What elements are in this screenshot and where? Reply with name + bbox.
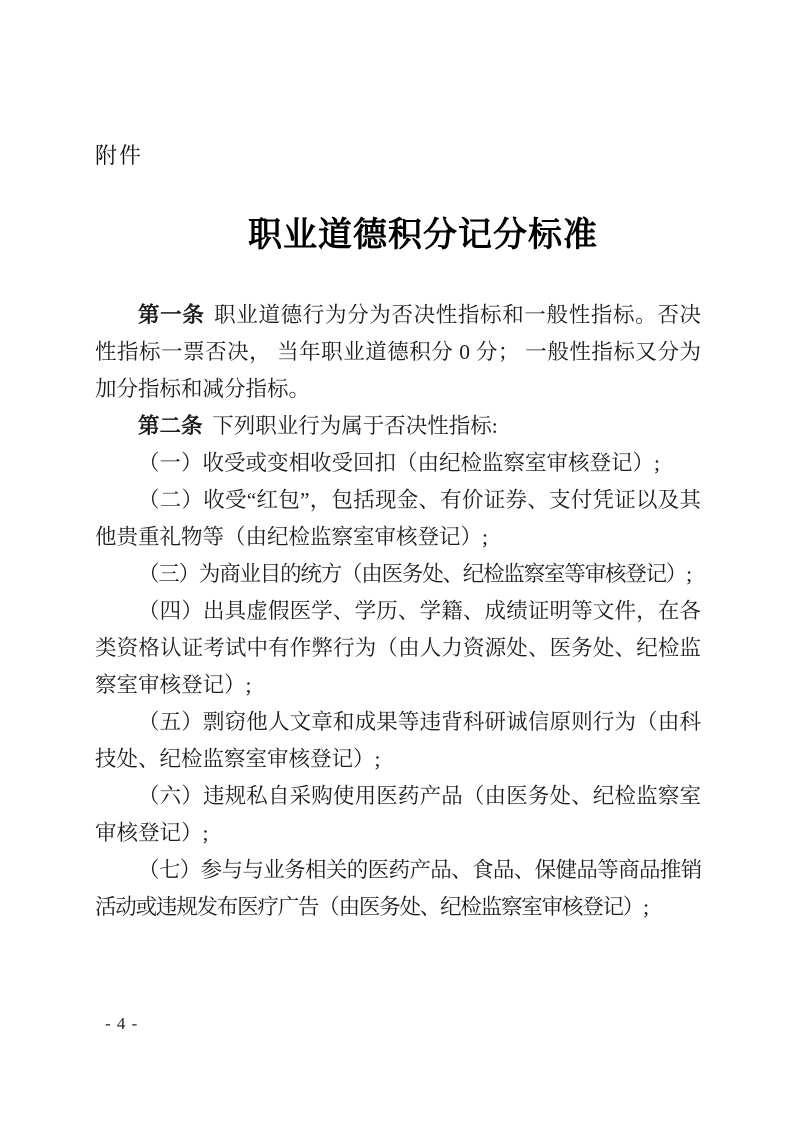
paragraph-text: （五）剽窃他人文章和成果等违背科研诚信原则行为（由科技处、纪检监察室审核登记）; — [95, 710, 701, 771]
paragraph-text: 下列职业行为属于否决性指标: — [212, 414, 497, 438]
paragraph-text: （三）为商业目的统方（由医务处、纪检监察室等审核登记）; — [138, 562, 691, 586]
paragraph-lead: 第一条 — [138, 303, 204, 327]
document-title: 职业道德积分记分标准 — [95, 215, 701, 257]
paragraph-item-4: （四）出具虚假医学、学历、学籍、成绩证明等文件，在各类资格认证考试中有作弊行为（… — [95, 593, 701, 704]
paragraph-item-6: （六）违规私自采购使用医药产品（由医务处、纪检监察室审核登记）; — [95, 778, 701, 852]
page-number: - 4 - — [105, 1014, 138, 1034]
paragraph-lead: 第二条 — [138, 414, 203, 438]
document-page: 附件 职业道德积分记分标准 第一条职业道德行为分为否决性指标和一般性指标。否决性… — [0, 0, 794, 1123]
paragraph-text: （一）收受或变相收受回扣（由纪检监察室审核登记）; — [138, 451, 660, 475]
paragraph-item-1: （一）收受或变相收受回扣（由纪检监察室审核登记）; — [95, 445, 701, 482]
paragraph-text: （四）出具虚假医学、学历、学籍、成绩证明等文件，在各类资格认证考试中有作弊行为（… — [95, 599, 701, 697]
paragraph-article-2: 第二条下列职业行为属于否决性指标: — [95, 408, 701, 445]
paragraph-text: （二）收受“红包”，包括现金、有价证券、支付凭证以及其他贵重礼物等（由纪检监察室… — [95, 488, 701, 549]
paragraph-article-1: 第一条职业道德行为分为否决性指标和一般性指标。否决性指标一票否决， 当年职业道德… — [95, 297, 701, 408]
document-body: 第一条职业道德行为分为否决性指标和一般性指标。否决性指标一票否决， 当年职业道德… — [95, 297, 701, 926]
paragraph-item-5: （五）剽窃他人文章和成果等违背科研诚信原则行为（由科技处、纪检监察室审核登记）; — [95, 704, 701, 778]
paragraph-text: （六）违规私自采购使用医药产品（由医务处、纪检监察室审核登记）; — [95, 784, 701, 845]
page-content: 附件 职业道德积分记分标准 第一条职业道德行为分为否决性指标和一般性指标。否决性… — [95, 143, 701, 926]
paragraph-item-7: （七）参与与业务相关的医药产品、食品、保健品等商品推销活动或违规发布医疗广告（由… — [95, 852, 701, 926]
paragraph-item-3: （三）为商业目的统方（由医务处、纪检监察室等审核登记）; — [95, 556, 701, 593]
paragraph-item-2: （二）收受“红包”，包括现金、有价证券、支付凭证以及其他贵重礼物等（由纪检监察室… — [95, 482, 701, 556]
paragraph-text: （七）参与与业务相关的医药产品、食品、保健品等商品推销活动或违规发布医疗广告（由… — [95, 858, 701, 919]
attachment-label: 附件 — [95, 143, 701, 169]
